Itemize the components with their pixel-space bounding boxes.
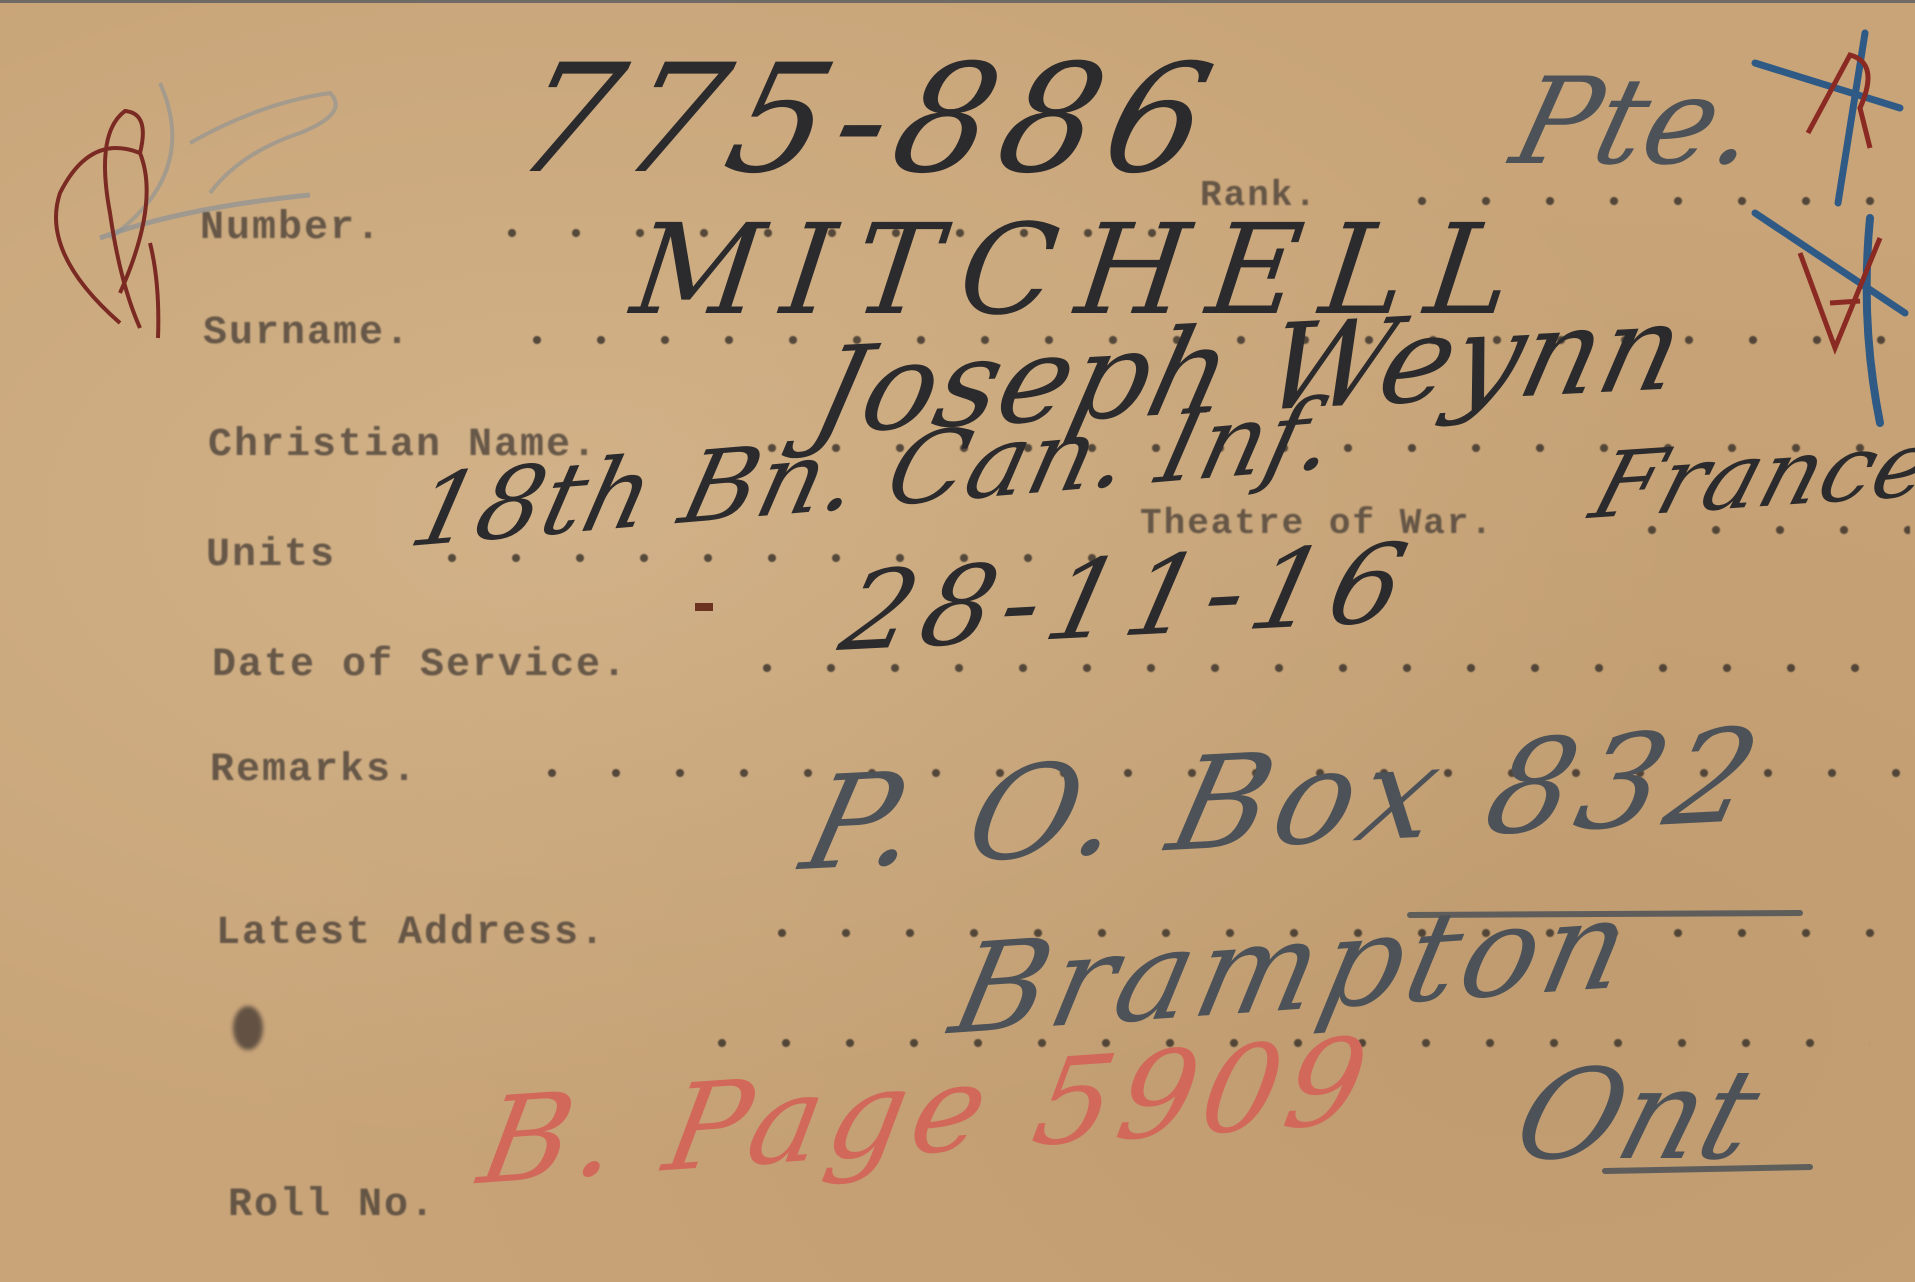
pen-marks: [0, 3, 1915, 1282]
service-card: Number. Rank. Surname. Christian Name. U…: [0, 0, 1915, 1282]
